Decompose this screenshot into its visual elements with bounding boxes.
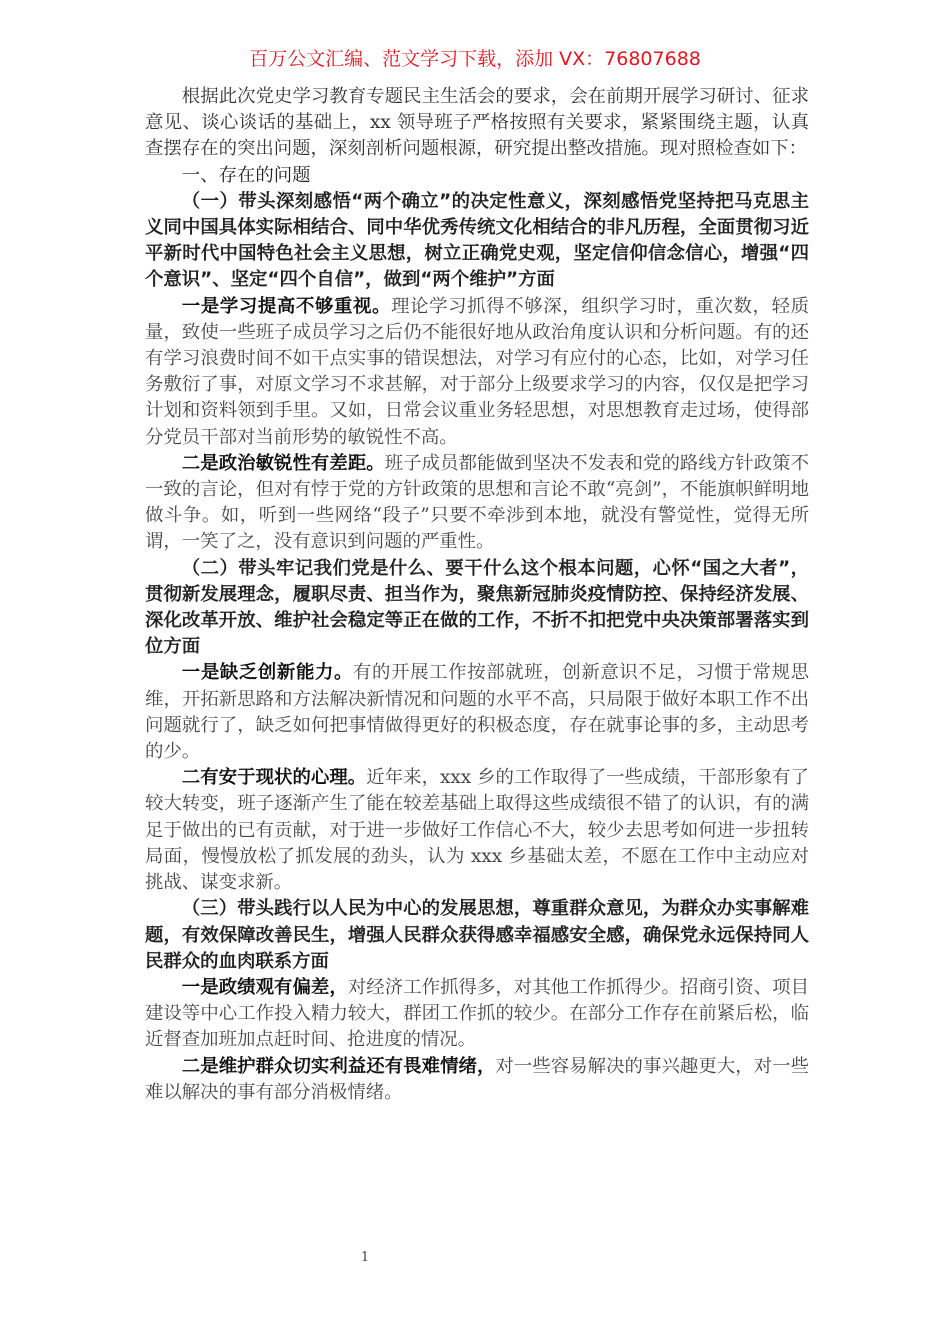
intro-paragraph: 根据此次党史学习教育专题民主生活会的要求，会在前期开展学习研讨、征求意见、谈心谈… [145, 84, 809, 163]
item-lead: 二有安于现状的心理。 [182, 767, 366, 788]
item-lead: 二是维护群众切实利益还有畏难情绪， [182, 1056, 496, 1077]
item-text: 理论学习抓得不够深，组织学习时，重次数，轻质量，致使一些班子成员学习之后仍不能很… [145, 296, 809, 448]
document-body: 根据此次党史学习教育专题民主生活会的要求，会在前期开展学习研讨、征求意见、谈心谈… [145, 84, 809, 1106]
subsection-heading-3: （三）带头践行以人民为中心的发展思想，尊重群众意见，为群众办实事解难题，有效保障… [145, 896, 809, 975]
watermark-header: 百万公文汇编、范文学习下载，添加 VX：76807688 [0, 44, 950, 71]
document-page: 百万公文汇编、范文学习下载，添加 VX：76807688 根据此次党史学习教育专… [0, 0, 950, 1344]
subsection-heading-1: （一）带头深刻感悟“两个确立”的决定性意义，深刻感悟党坚持把马克思主义同中国具体… [145, 189, 809, 294]
item-paragraph: 一是学习提高不够重视。理论学习抓得不够深，组织学习时，重次数，轻质量，致使一些班… [145, 294, 809, 451]
item-lead: 一是政绩观有偏差， [182, 977, 348, 998]
item-paragraph: 二是政治敏锐性有差距。班子成员都能做到坚决不发表和党的路线方针政策不一致的言论，… [145, 451, 809, 556]
item-lead: 一是学习提高不够重视。 [182, 296, 391, 317]
item-lead: 二是政治敏锐性有差距。 [182, 453, 385, 474]
subsection-heading-2: （二）带头牢记我们党是什么、要干什么这个根本问题，心怀“国之大者”，贯彻新发展理… [145, 556, 809, 661]
page-number: 1 [0, 1250, 730, 1265]
item-paragraph: 二有安于现状的心理。近年来，xxx 乡的工作取得了一些成绩，干部形象有了较大转变… [145, 765, 809, 896]
item-paragraph: 二是维护群众切实利益还有畏难情绪，对一些容易解决的事兴趣更大，对一些难以解决的事… [145, 1054, 809, 1106]
item-lead: 一是缺乏创新能力。 [182, 662, 353, 683]
item-paragraph: 一是缺乏创新能力。有的开展工作按部就班，创新意识不足，习惯于常规思维，开拓新思路… [145, 660, 809, 765]
section-title: 一、存在的问题 [145, 163, 809, 189]
item-paragraph: 一是政绩观有偏差，对经济工作抓得多，对其他工作抓得少。招商引资、项目建设等中心工… [145, 975, 809, 1054]
